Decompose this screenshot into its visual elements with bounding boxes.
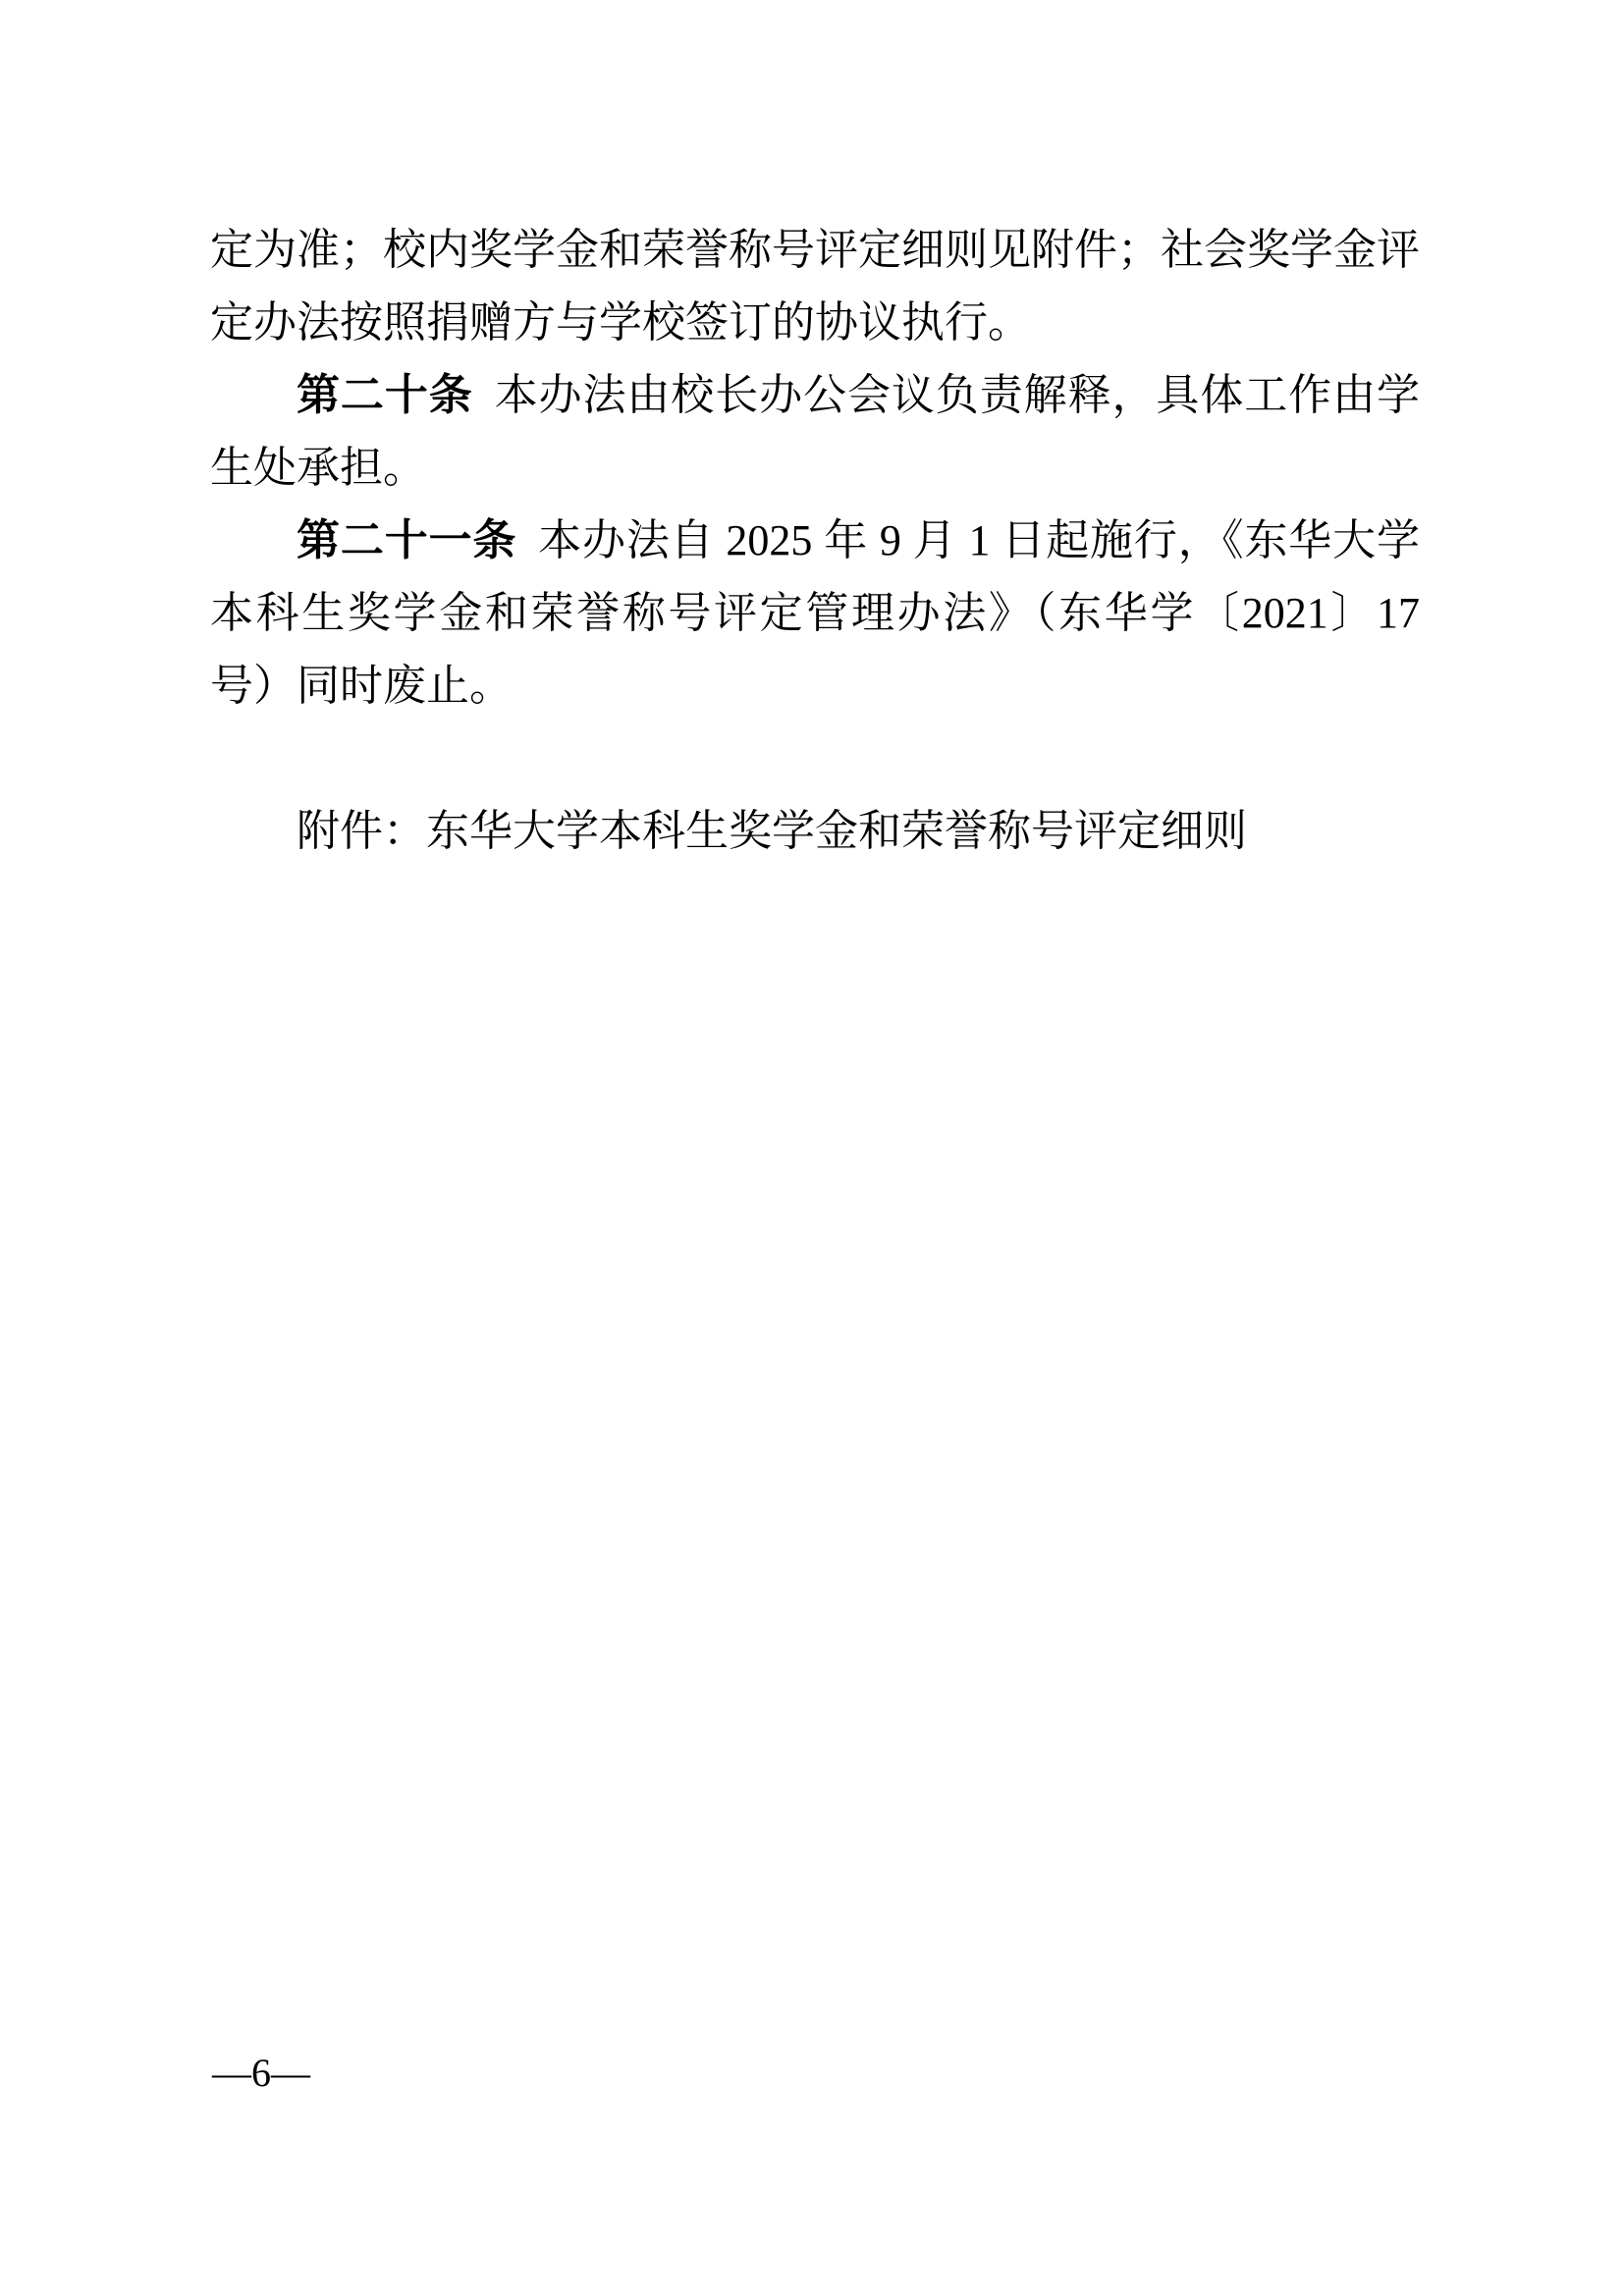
document-body: 定为准；校内奖学金和荣誉称号评定细则见附件；社会奖学金评定办法按照捐赠方与学校签… xyxy=(210,214,1420,868)
article-number: 第二十一条 xyxy=(297,516,516,564)
article-number: 第二十条 xyxy=(297,371,473,419)
body-text: 定为准；校内奖学金和荣誉称号评定细则见附件；社会奖学金评定办法按照捐赠方与学校签… xyxy=(210,226,1420,347)
paragraph-article-20: 第二十条 本办法由校长办公会议负责解释，具体工作由学生处承担。 xyxy=(210,359,1420,505)
page-number: —6— xyxy=(212,2051,310,2096)
paragraph-attachment: 附件：东华大学本科生奖学金和荣誉称号评定细则 xyxy=(210,795,1420,868)
document-page: 定为准；校内奖学金和荣誉称号评定细则见附件；社会奖学金评定办法按照捐赠方与学校签… xyxy=(0,0,1624,2296)
body-text: 附件：东华大学本科生奖学金和荣誉称号评定细则 xyxy=(297,807,1247,855)
paragraph-article-21: 第二十一条 本办法自 2025 年 9 月 1 日起施行，《东华大学本科生奖学金… xyxy=(210,505,1420,722)
paragraph-continued: 定为准；校内奖学金和荣誉称号评定细则见附件；社会奖学金评定办法按照捐赠方与学校签… xyxy=(210,214,1420,359)
